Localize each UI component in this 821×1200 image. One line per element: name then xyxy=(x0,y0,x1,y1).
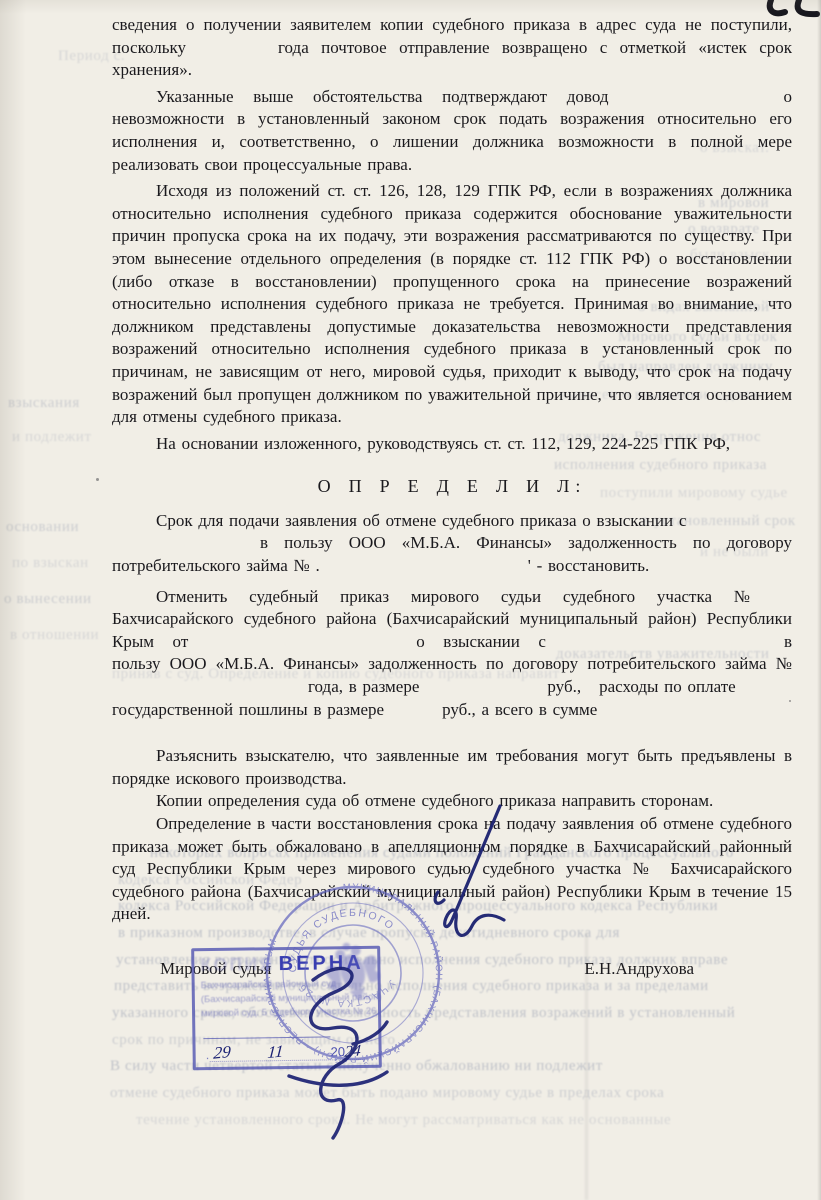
redacted-blank xyxy=(320,569,528,571)
ruling-line: потребительского займа № .' - восстанови… xyxy=(112,555,792,578)
judge-name: Е.Н.Андрухова xyxy=(584,958,792,981)
redacted-blank xyxy=(609,100,784,102)
redacted-blank xyxy=(112,546,260,548)
redacted-blank xyxy=(546,645,784,647)
paragraph-explanation: Разъяснить взыскателю, что заявленные им… xyxy=(112,745,792,790)
document-page: Период с. о взыскат. в мировой о возврат… xyxy=(0,0,821,1200)
bleedthrough-line: взыскания xyxy=(8,395,108,412)
paragraph-basis: На основании изложенного, руководствуясь… xyxy=(112,433,792,456)
ruling-line: Бахчисарайского судебного района (Бахчис… xyxy=(112,608,792,631)
redacted-blank xyxy=(384,713,442,715)
paragraph-legal-grounds: Исходя из положений ст. ст. 126, 128, 12… xyxy=(112,180,792,429)
bleedthrough-line: отмене судебного приказа может быть пода… xyxy=(110,1085,804,1102)
bleedthrough-line: основании xyxy=(6,519,111,536)
ruling-line: Отменить судебный приказ мирового судьи … xyxy=(112,586,792,609)
scan-speck xyxy=(96,478,99,481)
clerk-signature xyxy=(283,948,393,1148)
redacted-blank xyxy=(766,600,792,602)
paragraph-notice: сведения о получении заявителем копии су… xyxy=(112,14,792,82)
ruling-line: государственной пошлины в размереруб., а… xyxy=(112,699,792,722)
redacted-blank xyxy=(654,872,670,874)
bleedthrough-line: о вынесении xyxy=(4,591,112,608)
ruling-heading: О П Р Е Д Е Л И Л: xyxy=(112,475,792,498)
bleedthrough-line: и подлежит xyxy=(12,429,107,446)
ruling-line: пользу ООО «М.Б.А. Финансы» задолженност… xyxy=(112,653,792,676)
redacted-blank xyxy=(112,690,308,692)
ruling-line: Крым ото взыскании св xyxy=(112,631,792,654)
judge-signature xyxy=(408,800,548,970)
redacted-blank xyxy=(186,51,278,53)
ruling-line: Срок для подачи заявления об отмене суде… xyxy=(112,510,792,533)
bleedthrough-line: в отношении xyxy=(10,627,110,644)
scan-edge-shading xyxy=(0,0,821,14)
bleedthrough-line: течение установленного срока. Не могут р… xyxy=(136,1112,696,1129)
date-dot: . xyxy=(206,1047,210,1062)
paragraph-circumstances: Указанные выше обстоятельства подтвержда… xyxy=(112,86,792,176)
ruling-line: в пользу ООО «М.Б.А. Финансы» задолженно… xyxy=(112,532,792,555)
redacted-blank xyxy=(188,645,416,647)
ruling-line: года, в размереруб.,расходы по оплате xyxy=(112,676,792,699)
redacted-blank xyxy=(419,690,547,692)
bleedthrough-line: по взыскан xyxy=(12,555,112,572)
redacted-blank xyxy=(581,690,599,692)
